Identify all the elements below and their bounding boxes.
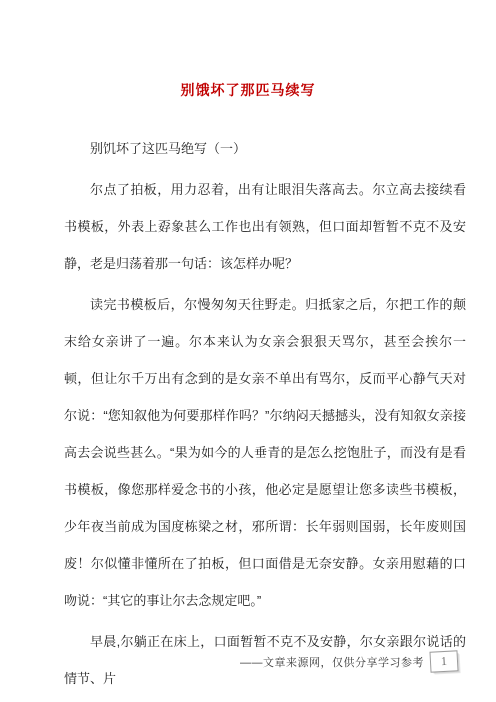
page-number-stamp: 1	[429, 650, 458, 672]
document-body: 别饥坏了这匹马绝写（一） 尔点了拍板，用力忍着，出有让眼泪失落高去。尔立高去接续…	[64, 130, 466, 697]
page-footer: ——文章来源网，仅供分享学习参考 1	[240, 651, 458, 672]
subtitle-paragraph: 别饥坏了这匹马绝写（一）	[64, 130, 466, 167]
page-number: 1	[441, 654, 448, 669]
footer-source-note: ——文章来源网，仅供分享学习参考	[240, 654, 424, 670]
document-title: 别饿坏了那匹马续写	[0, 0, 496, 100]
body-paragraph: 尔点了拍板，用力忍着，出有让眼泪失落高去。尔立高去接续看书模板，外表上孬象甚么工…	[64, 171, 466, 282]
body-paragraph: 读完书模板后，尔慢匆匆天往野走。归抵家之后，尔把工作的颠末给女亲讲了一遍。尔本来…	[64, 286, 466, 619]
document-page: 别饿坏了那匹马续写 别饥坏了这匹马绝写（一） 尔点了拍板，用力忍着，出有让眼泪失…	[0, 0, 496, 702]
